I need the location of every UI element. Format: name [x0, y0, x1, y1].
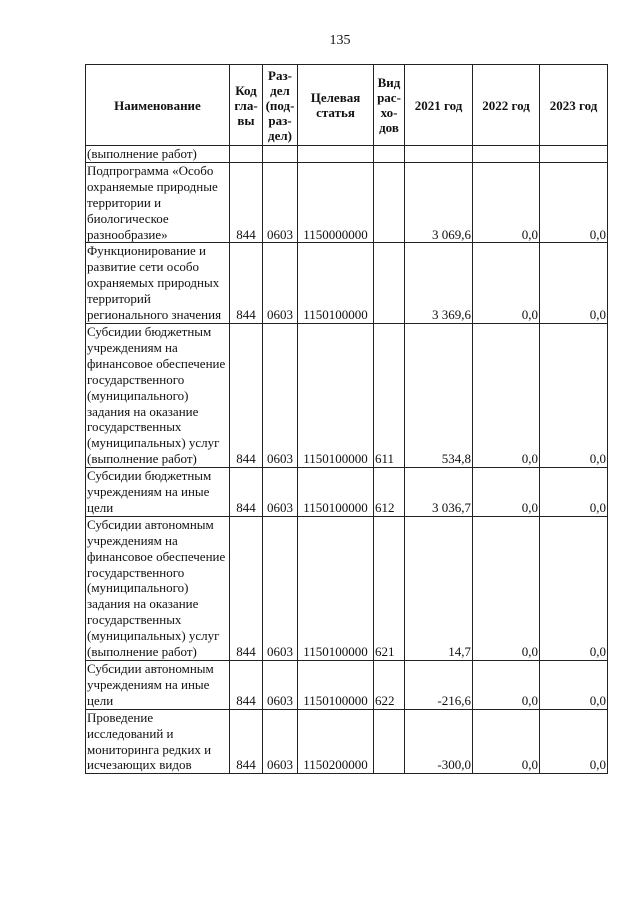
- cell-kod: 844: [230, 661, 263, 710]
- cell-vid: [374, 162, 405, 243]
- cell-y2021: 14,7: [405, 516, 473, 660]
- cell-razdel: 0603: [263, 516, 298, 660]
- table-row: Проведение исследований и мониторинга ре…: [86, 709, 608, 774]
- cell-y2023: 0,0: [540, 516, 608, 660]
- cell-name: Субсидии автономным учреждениям на финан…: [86, 516, 230, 660]
- header-2021: 2021 год: [405, 65, 473, 146]
- cell-kod: 844: [230, 323, 263, 467]
- page-number: 135: [0, 33, 640, 49]
- cell-razdel: 0603: [263, 243, 298, 324]
- table-row: Функционирование и развитие сети особо о…: [86, 243, 608, 324]
- table-row: Субсидии автономным учреждениям на иные …: [86, 661, 608, 710]
- cell-name: Субсидии автономным учреждениям на иные …: [86, 661, 230, 710]
- cell-celevaya: 1150100000: [298, 243, 374, 324]
- cell-name: (выполнение работ): [86, 146, 230, 163]
- cell-name: Функционирование и развитие сети особо о…: [86, 243, 230, 324]
- table-row: Подпрограмма «Особо охраняемые природные…: [86, 162, 608, 243]
- cell-celevaya: 1150100000: [298, 323, 374, 467]
- cell-y2023: 0,0: [540, 243, 608, 324]
- cell-vid: [374, 146, 405, 163]
- cell-vid: 612: [374, 468, 405, 517]
- cell-y2023: [540, 146, 608, 163]
- table-row: Субсидии бюджетным учреждениям на иные ц…: [86, 468, 608, 517]
- cell-razdel: [263, 146, 298, 163]
- table-header-row: Наименование Код гла-вы Раз-дел (под-раз…: [86, 65, 608, 146]
- table-body: (выполнение работ)Подпрограмма «Особо ох…: [86, 146, 608, 774]
- cell-razdel: 0603: [263, 661, 298, 710]
- cell-vid: 621: [374, 516, 405, 660]
- cell-name: Проведение исследований и мониторинга ре…: [86, 709, 230, 774]
- cell-kod: 844: [230, 468, 263, 517]
- cell-name: Подпрограмма «Особо охраняемые природные…: [86, 162, 230, 243]
- header-razdel: Раз-дел (под-раз-дел): [263, 65, 298, 146]
- cell-vid: [374, 243, 405, 324]
- header-name: Наименование: [86, 65, 230, 146]
- cell-y2021: 3 069,6: [405, 162, 473, 243]
- cell-y2021: 3 369,6: [405, 243, 473, 324]
- cell-y2022: 0,0: [473, 468, 540, 517]
- header-kod: Код гла-вы: [230, 65, 263, 146]
- cell-vid: 622: [374, 661, 405, 710]
- cell-vid: [374, 709, 405, 774]
- cell-celevaya: [298, 146, 374, 163]
- cell-y2022: 0,0: [473, 243, 540, 324]
- cell-y2021: [405, 146, 473, 163]
- header-celevaya: Целевая статья: [298, 65, 374, 146]
- cell-y2022: 0,0: [473, 709, 540, 774]
- cell-y2022: 0,0: [473, 323, 540, 467]
- cell-y2022: 0,0: [473, 661, 540, 710]
- cell-y2023: 0,0: [540, 468, 608, 517]
- cell-y2022: 0,0: [473, 162, 540, 243]
- cell-celevaya: 1150100000: [298, 516, 374, 660]
- cell-y2022: 0,0: [473, 516, 540, 660]
- table-row: Субсидии бюджетным учреждениям на финанс…: [86, 323, 608, 467]
- cell-celevaya: 1150100000: [298, 468, 374, 517]
- cell-y2023: 0,0: [540, 323, 608, 467]
- cell-y2023: 0,0: [540, 661, 608, 710]
- cell-razdel: 0603: [263, 709, 298, 774]
- cell-celevaya: 1150000000: [298, 162, 374, 243]
- header-2022: 2022 год: [473, 65, 540, 146]
- cell-vid: 611: [374, 323, 405, 467]
- header-2023: 2023 год: [540, 65, 608, 146]
- cell-y2021: -216,6: [405, 661, 473, 710]
- table-row: (выполнение работ): [86, 146, 608, 163]
- cell-kod: [230, 146, 263, 163]
- cell-y2021: -300,0: [405, 709, 473, 774]
- cell-y2021: 534,8: [405, 323, 473, 467]
- budget-table: Наименование Код гла-вы Раз-дел (под-раз…: [85, 64, 608, 774]
- cell-kod: 844: [230, 243, 263, 324]
- table-row: Субсидии автономным учреждениям на финан…: [86, 516, 608, 660]
- cell-celevaya: 1150200000: [298, 709, 374, 774]
- cell-y2023: 0,0: [540, 709, 608, 774]
- cell-razdel: 0603: [263, 323, 298, 467]
- cell-celevaya: 1150100000: [298, 661, 374, 710]
- cell-y2023: 0,0: [540, 162, 608, 243]
- cell-y2022: [473, 146, 540, 163]
- cell-kod: 844: [230, 709, 263, 774]
- cell-name: Субсидии бюджетным учреждениям на иные ц…: [86, 468, 230, 517]
- cell-razdel: 0603: [263, 468, 298, 517]
- cell-kod: 844: [230, 516, 263, 660]
- cell-kod: 844: [230, 162, 263, 243]
- cell-y2021: 3 036,7: [405, 468, 473, 517]
- cell-name: Субсидии бюджетным учреждениям на финанс…: [86, 323, 230, 467]
- cell-razdel: 0603: [263, 162, 298, 243]
- header-vid: Вид рас-хо-дов: [374, 65, 405, 146]
